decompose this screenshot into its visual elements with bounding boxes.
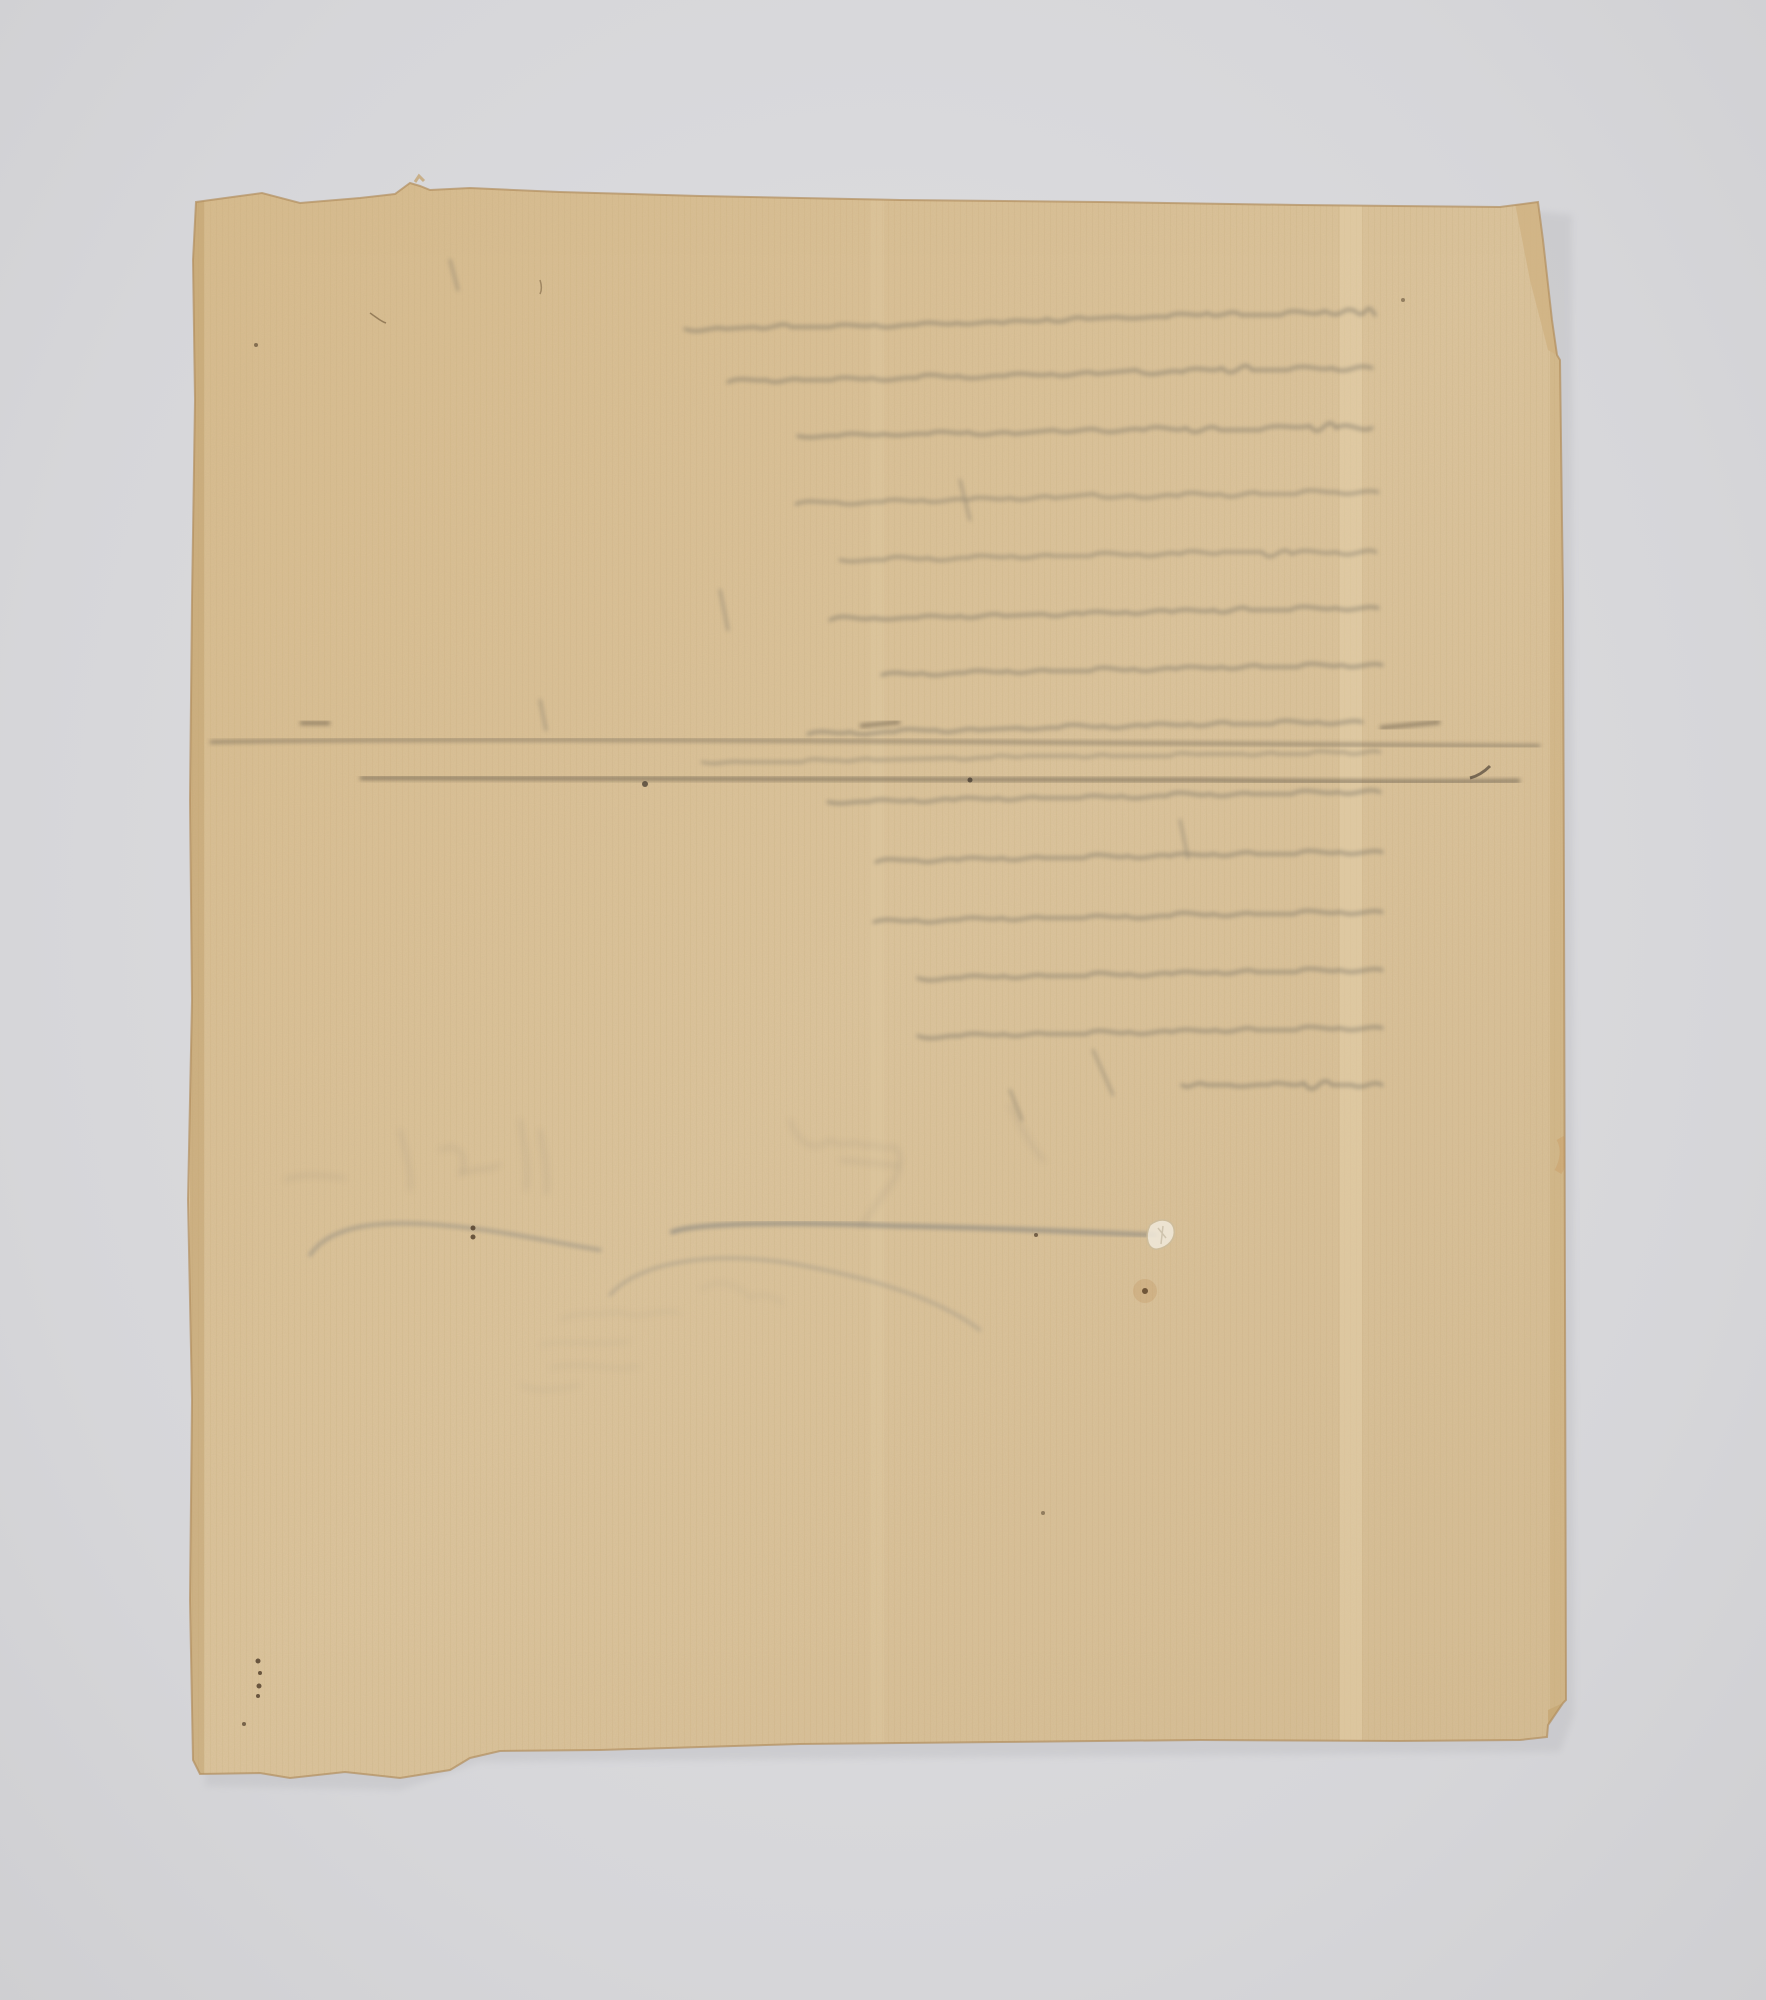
photo-stage: Reverse side of an aged handwritten pape… [0,0,1766,2000]
paper-sheet [180,180,1580,1800]
paper-fiber [415,176,424,182]
document-photo [0,0,1766,2000]
